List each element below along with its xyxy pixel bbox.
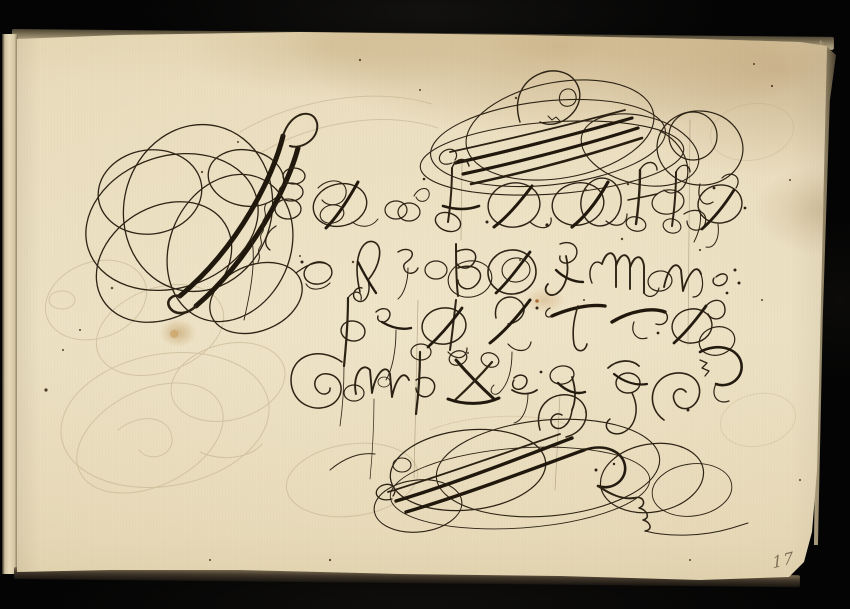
- previous-leaf-edge: [2, 34, 18, 574]
- photo-backdrop: 17: [0, 0, 850, 609]
- manuscript-page: [0, 0, 850, 609]
